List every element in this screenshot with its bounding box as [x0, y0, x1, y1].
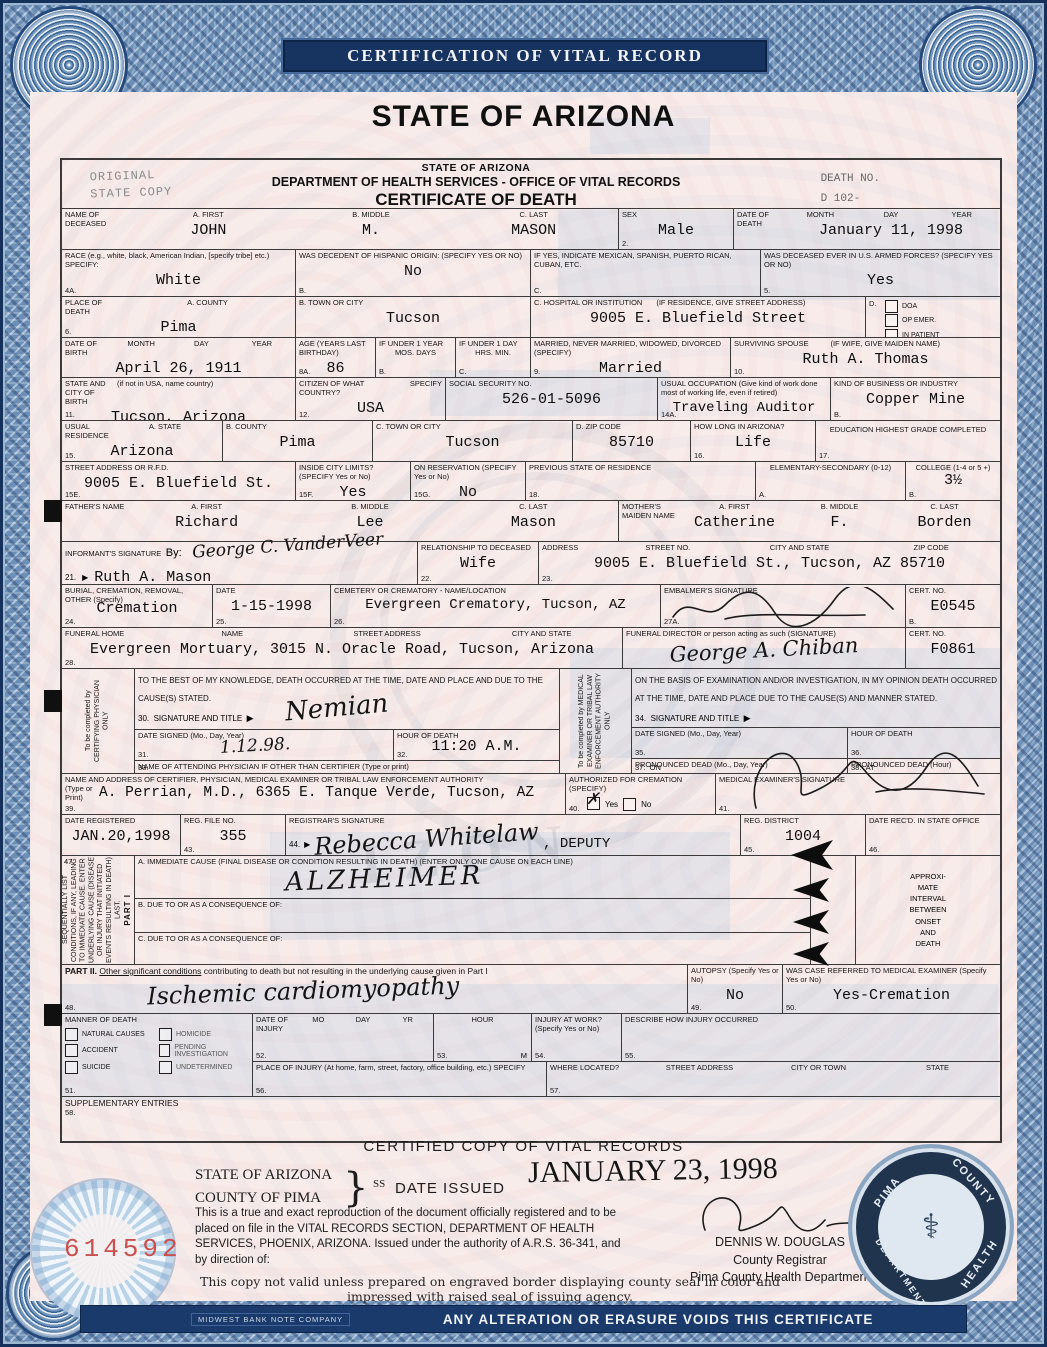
race-value: White — [65, 272, 292, 289]
field-sex: SEX Male 2. — [618, 209, 733, 249]
certifier-label: NAME AND ADDRESS OF CERTIFIER, PHYSICIAN… — [65, 775, 562, 784]
dod-label: DATE OF DEATH — [737, 210, 785, 239]
manner-num: 51. — [65, 1086, 75, 1095]
residence-county-label: B. COUNTY — [226, 422, 369, 431]
spouse-label: SURVIVING SPOUSE — [734, 339, 808, 348]
certify-right-statement: ON THE BASIS OF EXAMINATION AND/OR INVES… — [635, 676, 997, 703]
field-doa-checkboxes: D. DOA OP EMER. IN PATIENT — [865, 297, 1000, 337]
field-embalmer-cert-no: CERT. NO. E0545 B. — [905, 585, 1000, 627]
death-no-label: DEATH NO. — [821, 170, 880, 190]
ssn-label: SOCIAL SECURITY NO. — [449, 379, 654, 388]
dob-month: MONTH — [111, 339, 171, 348]
date-received-label: DATE REC'D. IN STATE OFFICE — [869, 816, 997, 825]
sub-day: DAY — [856, 210, 927, 219]
field-date-received: DATE REC'D. IN STATE OFFICE 46. — [865, 815, 1000, 855]
field-under-1-year: IF UNDER 1 YEAR MOS. DAYS B. — [375, 338, 455, 377]
hispanic-num: B. — [299, 286, 306, 295]
yes-x-mark: ✗ — [586, 789, 599, 808]
certificate-body: IZON STATE OF ARIZONA ORIGINAL STATE COP… — [30, 92, 1017, 1301]
county-sub: A. COUNTY — [123, 298, 292, 316]
field-elementary: ELEMENTARY-SECONDARY (0-12) A. — [755, 462, 905, 500]
row-address: STREET ADDRESS OR R.F.D. 9005 E. Bluefie… — [62, 461, 1000, 500]
field-birthplace: STATE AND CITY OF BIRTH(if not in USA, n… — [62, 378, 295, 420]
hour-of-death-num: 32. — [397, 750, 407, 759]
armed-label: WAS DECEASED EVER IN U.S. ARMED FORCES? … — [764, 251, 997, 269]
row-certification: To be completed by CERTIFYING PHYSICIAN … — [62, 668, 1000, 773]
sub-year: YEAR — [926, 210, 997, 219]
u1d-label: IF UNDER 1 DAY — [459, 339, 527, 348]
autopsy-label: AUTOPSY (Specify Yes or No) — [691, 966, 779, 984]
disposition-date-value: 1-15-1998 — [216, 598, 327, 615]
pron-hour-num-text: 38. — [851, 763, 861, 772]
district-value: 1004 — [744, 828, 862, 845]
doa-label: DOA — [902, 303, 917, 310]
natural-causes-label: NATURAL CAUSES — [82, 1031, 145, 1038]
registration-tab — [44, 1004, 62, 1026]
field-supplementary: SUPPLEMENTARY ENTRIES 58. — [62, 1097, 1000, 1141]
relationship-value: Wife — [421, 555, 535, 572]
certifier-num: 39. — [65, 804, 75, 813]
field-relationship: RELATIONSHIP TO DECEASED Wife 22. — [417, 542, 538, 584]
county-seal: PIMA COUNTY HEALTH DEPARTMENT ⚕ — [852, 1148, 1010, 1306]
residence-town-value: Tucson — [376, 434, 569, 451]
row-informant: INFORMANT'S SIGNATURE By: George C. Vand… — [62, 541, 1000, 584]
field-disposition-date: DATE 1-15-1998 25. — [212, 585, 330, 627]
marital-label: MARRIED, NEVER MARRIED, WIDOWED, DIVORCE… — [534, 339, 727, 357]
field-race: RACE (e.g., white, black, American India… — [62, 250, 295, 296]
father-sub-first: A. FIRST — [125, 502, 288, 511]
supplementary-num: 58. — [65, 1108, 997, 1117]
hispanic-value: No — [299, 263, 527, 280]
bottom-banner: MIDWEST BANK NOTE COMPANY ANY ALTERATION… — [80, 1305, 967, 1333]
cremation-auth-num: 40. — [569, 804, 579, 813]
manner-label: MANNER OF DEATH — [65, 1015, 249, 1024]
birthplace-value: Tucson, Arizona — [65, 409, 292, 420]
u1y-num: B. — [379, 367, 386, 376]
loc-state: STATE — [878, 1063, 997, 1072]
embalmer-cert-num: B. — [909, 617, 916, 626]
field-marital-status: MARRIED, NEVER MARRIED, WIDOWED, DIVORCE… — [530, 338, 730, 377]
field-where-located: WHERE LOCATED?STREET ADDRESSCITY OR TOWN… — [546, 1062, 1000, 1096]
interval-label-column: APPROXI- MATE INTERVAL BETWEEN ONSET AND… — [855, 856, 1000, 964]
spouse-value: Ruth A. Thomas — [734, 351, 997, 368]
death-no-value: D 102- — [821, 190, 880, 210]
doa-checkbox — [885, 300, 898, 313]
field-education: EDUCATION HIGHEST GRADE COMPLETED 17. — [815, 421, 1000, 461]
suicide-label: SUICIDE — [82, 1064, 110, 1071]
pronounced-date-label: PRONOUNCED DEAD (Mo., Day, Year) — [635, 760, 844, 769]
field-crematory: CEMETERY OR CREMATORY - NAME/LOCATION Ev… — [330, 585, 660, 627]
zip-value: 85710 — [576, 434, 687, 451]
top-ribbon-text: CERTIFICATION OF VITAL RECORD — [347, 46, 703, 66]
field-embalmer-signature: EMBALMER'S SIGNATURE 27A. — [660, 585, 905, 627]
address-num: 23. — [542, 574, 552, 583]
sex-label: SEX — [622, 210, 730, 219]
field-armed-forces: WAS DECEASED EVER IN U.S. ARMED FORCES? … — [760, 250, 1000, 296]
address-sub-street: STREET NO. — [602, 543, 734, 552]
father-sub-middle: B. MIDDLE — [288, 502, 451, 511]
embalmer-label: EMBALMER'S SIGNATURE — [664, 586, 902, 595]
suicide-checkbox — [65, 1061, 78, 1074]
pod-label: PLACE OF DEATH — [65, 298, 123, 316]
field-date-of-injury: DATE OF INJURY MODAYYR 52. — [253, 1014, 433, 1061]
part2-num: 48. — [65, 1003, 75, 1012]
row-race: RACE (e.g., white, black, American India… — [62, 249, 1000, 296]
street-label: STREET ADDRESS OR R.F.D. — [65, 463, 292, 472]
field-date-of-death: DATE OF DEATH MONTHDAYYEAR January 11, 1… — [733, 209, 1000, 249]
father-middle: Lee — [288, 514, 451, 531]
informant-by: By: — [166, 547, 182, 559]
field-ssn: SOCIAL SECURITY NO. 526-01-5096 — [445, 378, 657, 420]
field-describe-injury: DESCRIBE HOW INJURY OCCURRED 55. — [621, 1014, 1000, 1061]
district-label: REG. DISTRICT — [744, 816, 862, 825]
me-sig-num: 34. — [635, 714, 646, 723]
fh-sub-name: NAME — [155, 629, 310, 638]
registration-tab — [44, 690, 62, 712]
field-zip: D. ZIP CODE 85710 — [572, 421, 690, 461]
injury-top-row: DATE OF INJURY MODAYYR 52. HOUR 53. M IN… — [253, 1014, 1000, 1061]
field-death-town: B. TOWN OR CITY Tucson — [295, 297, 530, 337]
first-name-value: JOHN — [127, 222, 290, 239]
certifying-sidebar-text: To be completed by CERTIFYING PHYSICIAN … — [85, 670, 111, 772]
fh-sub-city: CITY AND STATE — [464, 629, 619, 638]
residence-town-label: C. TOWN OR CITY — [376, 422, 569, 431]
street-num: 15E. — [65, 490, 80, 499]
field-referred-to-me: WAS CASE REFERRED TO MEDICAL EXAMINER (S… — [782, 965, 1000, 1013]
field-residence-county: B. COUNTY Pima — [222, 421, 372, 461]
embalmer-cert-label: CERT. NO. — [909, 586, 997, 595]
crematory-label: CEMETERY OR CREMATORY - NAME/LOCATION — [334, 586, 657, 595]
row-birth: DATE OF BIRTH MONTHDAYYEAR April 26, 191… — [62, 337, 1000, 377]
death-no-block: DEATH NO. D 102- — [821, 170, 880, 210]
certified-copy-title: CERTIFIED COPY OF VITAL RECORDS — [30, 1138, 1017, 1155]
mother-label: MOTHER'S MAIDEN NAME — [622, 502, 682, 531]
armed-value: Yes — [764, 272, 997, 289]
director-cert-label: CERT. NO. — [909, 629, 997, 638]
file-no-label: REG. FILE NO. — [184, 816, 282, 825]
sig-arrow-icon: ▶ — [247, 713, 254, 723]
undetermined-checkbox — [159, 1061, 172, 1074]
field-injury-hour: HOUR 53. M — [433, 1014, 531, 1061]
limits-value: Yes — [299, 484, 407, 500]
previous-num: 18. — [529, 490, 539, 499]
field-street-address: STREET ADDRESS OR R.F.D. 9005 E. Bluefie… — [62, 462, 295, 500]
registration-tab — [44, 500, 62, 522]
hospital-sub: (IF RESIDENCE, GIVE STREET ADDRESS) — [656, 298, 805, 307]
in-patient-label: IN PATIENT — [902, 332, 939, 338]
u1y-label: IF UNDER 1 YEAR — [379, 339, 452, 348]
sub-middle: B. MIDDLE — [290, 210, 453, 219]
form-header-center: STATE OF ARIZONA DEPARTMENT OF HEALTH SE… — [232, 162, 720, 210]
last-name-value: MASON — [452, 222, 615, 239]
date-registered-value: JAN.20,1998 — [65, 828, 177, 845]
spouse-sub: (IF WIFE, GIVE MAIDEN NAME) — [830, 339, 940, 348]
sub-month: MONTH — [785, 210, 856, 219]
hospital-label: C. HOSPITAL OR INSTITUTION — [534, 298, 642, 307]
injury-mo: MO — [296, 1015, 341, 1033]
d-label: D. — [869, 299, 877, 308]
header-cert-title: CERTIFICATE OF DEATH — [232, 190, 720, 210]
op-emer-checkbox — [885, 314, 898, 327]
row-funeral-home: FUNERAL HOMENAMESTREET ADDRESSCITY AND S… — [62, 627, 1000, 668]
sig-title-label: SIGNATURE AND TITLE — [154, 714, 243, 723]
registrar-arrow-icon: ▶ — [304, 840, 310, 849]
row-part2: PART II. Other significant conditions co… — [62, 964, 1000, 1013]
citizen-num: 12. — [299, 410, 309, 419]
informant-arrow-icon: ▶ — [82, 573, 88, 582]
row-supplementary: SUPPLEMENTARY ENTRIES 58. — [62, 1096, 1000, 1141]
attending-physician-num: 33. — [138, 763, 148, 772]
medical-examiner-block: ON THE BASIS OF EXAMINATION AND/OR INVES… — [631, 669, 1000, 773]
cremation-no-label: No — [641, 800, 651, 809]
relationship-label: RELATIONSHIP TO DECEASED — [421, 543, 535, 552]
funeral-home-num: 28. — [65, 658, 75, 667]
original-copy-stamp: ORIGINAL STATE COPY — [89, 167, 172, 203]
street-value: 9005 E. Bluefield St. — [65, 475, 292, 492]
immediate-cause-hand: ALZHEIMER — [285, 861, 484, 898]
row-certifier: NAME AND ADDRESS OF CERTIFIER, PHYSICIAN… — [62, 773, 1000, 814]
mexican-num: C. — [534, 286, 542, 295]
pronounced-date-num: 37. ON — [635, 763, 661, 772]
field-mexican-indicate: IF YES, INDICATE MEXICAN, SPANISH, PUERT… — [530, 250, 760, 296]
accident-checkbox — [65, 1044, 78, 1057]
loc-street: STREET ADDRESS — [640, 1063, 759, 1072]
spouse-num: 10. — [734, 367, 744, 376]
field-age: AGE (YEARS LAST BIRTHDAY) 86 8A. — [295, 338, 375, 377]
residence-num: 15. — [65, 451, 75, 460]
accident-label: ACCIDENT — [82, 1047, 118, 1054]
referred-value: Yes-Cremation — [786, 987, 997, 1004]
field-industry: KIND OF BUSINESS OR INDUSTRY Copper Mine… — [830, 378, 1000, 420]
hour-of-death-value: 11:20 A.M. — [397, 738, 556, 755]
row-cause-of-death: 47. SEQUENTIALLY LIST CONDITIONS, IF ANY… — [62, 855, 1000, 964]
injury-hour-num: 53. — [437, 1051, 447, 1060]
informant-value: Ruth A. Mason — [94, 569, 211, 586]
autopsy-num: 49. — [691, 1003, 701, 1012]
describe-injury-label: DESCRIBE HOW INJURY OCCURRED — [625, 1015, 997, 1024]
field-occupation: USUAL OCCUPATION (Give kind of work done… — [657, 378, 830, 420]
referred-num: 50. — [786, 1003, 796, 1012]
natural-causes-checkbox — [65, 1028, 78, 1041]
field-previous-state: PREVIOUS STATE OF RESIDENCE 18. — [525, 462, 755, 500]
field-cremation-authorization: AUTHORIZED FOR CREMATION (SPECIFY) ✗ Yes… — [565, 774, 715, 814]
zip-label: D. ZIP CODE — [576, 422, 687, 431]
field-residence-state: USUAL RESIDENCEA. STATE Arizona 15. — [62, 421, 222, 461]
op-emer-label: OP EMER. — [902, 317, 936, 324]
address-label: ADDRESS — [542, 543, 602, 552]
occupation-value: Traveling Auditor — [661, 400, 827, 416]
pronounced-hour-num: 38. AT — [851, 763, 875, 772]
stamp-line2: STATE COPY — [90, 183, 173, 203]
alteration-warning: ANY ALTERATION OR ERASURE VOIDS THIS CER… — [350, 1312, 966, 1327]
certifying-physician-sidebar: To be completed by CERTIFYING PHYSICIAN … — [62, 669, 134, 773]
interval-entry-column — [810, 856, 855, 964]
sig-title-num: 30. — [138, 714, 149, 723]
mother-sub-middle: B. MIDDLE — [787, 502, 892, 511]
date-issued-label: DATE ISSUED — [395, 1180, 505, 1197]
industry-value: Copper Mine — [834, 391, 997, 408]
field-funeral-director-signature: FUNERAL DIRECTOR or person acting as suc… — [622, 628, 905, 668]
college-value: 3½ — [909, 472, 997, 489]
sex-num: 2. — [622, 239, 628, 248]
field-college: COLLEGE (1-4 or 5 +) 3½ B. — [905, 462, 1000, 500]
name-label: NAME OF DECEASED — [65, 210, 127, 239]
disposition-date-label: DATE — [216, 586, 327, 595]
validity-note: This copy not valid unless prepared on e… — [190, 1274, 790, 1304]
describe-injury-num: 55. — [625, 1051, 635, 1060]
field-date-registered: DATE REGISTERED JAN.20,1998 — [62, 815, 180, 855]
field-date-of-birth: DATE OF BIRTH MONTHDAYYEAR April 26, 191… — [62, 338, 295, 377]
where-located-num: 57. — [550, 1086, 560, 1095]
mother-first: Catherine — [682, 514, 787, 531]
sub-first: A. FIRST — [127, 210, 290, 219]
due-to-b-label: B. DUE TO OR AS A CONSEQUENCE OF: — [138, 900, 807, 909]
informant-label: INFORMANT'S SIGNATURE — [65, 549, 161, 558]
field-reg-file-no: REG. FILE NO. 355 43. — [180, 815, 285, 855]
page-title: STATE OF ARIZONA — [30, 100, 1017, 134]
field-certifier-name-address: NAME AND ADDRESS OF CERTIFIER, PHYSICIAN… — [62, 774, 565, 814]
state-county-block: STATE OF ARIZONA COUNTY OF PIMA } SS — [195, 1164, 332, 1209]
residence-county-value: Pima — [226, 434, 369, 451]
cremation-no-checkbox — [623, 798, 636, 811]
college-num: B. — [909, 490, 916, 499]
where-located-label: WHERE LOCATED? — [550, 1063, 640, 1072]
part2-underline: Other significant conditions — [99, 966, 201, 976]
header-dept: DEPARTMENT OF HEALTH SERVICES - OFFICE O… — [232, 175, 720, 189]
field-place-of-injury: PLACE OF INJURY (At home, farm, street, … — [253, 1062, 546, 1096]
me-signature-num: 41. — [719, 804, 729, 813]
ssn-value: 526-01-5096 — [449, 391, 654, 408]
file-no-value: 355 — [184, 828, 282, 845]
due-to-c-label: C. DUE TO OR AS A CONSEQUENCE OF: — [138, 934, 807, 943]
disposition-num: 24. — [65, 617, 75, 626]
father-first: Richard — [125, 514, 288, 531]
embalmer-num: 27A. — [664, 617, 679, 626]
seal-inner-art: ⚕ — [878, 1174, 984, 1280]
mexican-label: IF YES, INDICATE MEXICAN, SPANISH, PUERT… — [534, 251, 757, 269]
row-name: NAME OF DECEASED A. FIRSTB. MIDDLEC. LAS… — [62, 208, 1000, 249]
field-death-county: PLACE OF DEATHA. COUNTY Pima 6. — [62, 297, 295, 337]
ss-label: SS — [373, 1176, 385, 1193]
field-surviving-spouse: SURVIVING SPOUSE(IF WIFE, GIVE MAIDEN NA… — [730, 338, 1000, 377]
registrar-signature-scrawl — [685, 1182, 865, 1242]
form-header: ORIGINAL STATE COPY STATE OF ARIZONA DEP… — [62, 160, 1000, 208]
row-parents: FATHER'S NAME A. FIRSTB. MIDDLEC. LAST R… — [62, 500, 1000, 541]
middle-name-value: M. — [290, 222, 453, 239]
attending-physician-label: NAME OF ATTENDING PHYSICIAN IF OTHER THA… — [138, 762, 556, 771]
certificate-form: ORIGINAL STATE COPY STATE OF ARIZONA DEP… — [60, 158, 1002, 1143]
residence-label: USUAL RESIDENCE — [65, 422, 111, 440]
cause-sidebar-text: SEQUENTIALLY LIST CONDITIONS, IF ANY, LE… — [62, 856, 123, 964]
injury-day: DAY — [341, 1015, 386, 1033]
education-label: EDUCATION HIGHEST GRADE COMPLETED — [819, 425, 997, 434]
reservation-label: ON RESERVATION (SPECIFY Yes or No) — [414, 463, 522, 481]
sub-last: C. LAST — [452, 210, 615, 219]
dob-label: DATE OF BIRTH — [65, 339, 111, 357]
mother-last: Borden — [892, 514, 997, 531]
registrar-deputy: , DEPUTY — [543, 836, 610, 852]
injury-date-num: 52. — [256, 1051, 266, 1060]
medical-examiner-sidebar: To be completed by MEDICAL EXAMINER OR T… — [559, 669, 631, 773]
state-sub: A. STATE — [111, 422, 219, 440]
undetermined-label: UNDETERMINED — [176, 1064, 232, 1071]
field-disposition: BURIAL, CREMATION, REMOVAL, OTHER (Speci… — [62, 585, 212, 627]
place-injury-label: PLACE OF INJURY (At home, farm, street, … — [256, 1063, 543, 1072]
row-residence: USUAL RESIDENCEA. STATE Arizona 15. B. C… — [62, 420, 1000, 461]
citizen-value: USA — [299, 400, 442, 417]
referred-label: WAS CASE REFERRED TO MEDICAL EXAMINER (S… — [786, 966, 997, 984]
limits-num: 15F. — [299, 490, 313, 499]
residence-state-value: Arizona — [65, 443, 219, 460]
certifier-sub: (Type or Print) — [65, 784, 99, 802]
field-how-long: HOW LONG IN ARIZONA? Life 16. — [690, 421, 815, 461]
industry-label: KIND OF BUSINESS OR INDUSTRY — [834, 379, 997, 388]
race-num: 4A. — [65, 286, 76, 295]
mother-middle: F. — [787, 514, 892, 531]
field-injury-at-work: INJURY AT WORK? (Specify Yes or No) 54. — [531, 1014, 621, 1061]
father-last: Mason — [452, 514, 615, 531]
field-citizen: CITIZEN OF WHAT COUNTRY?SPECIFY USA 12. — [295, 378, 445, 420]
armed-num: 5. — [764, 286, 770, 295]
previous-label: PREVIOUS STATE OF RESIDENCE — [529, 463, 752, 472]
education-num: 17. — [819, 451, 829, 460]
citizen-label: CITIZEN OF WHAT COUNTRY? — [299, 379, 402, 397]
marital-value: Married — [534, 360, 727, 377]
pending-checkbox — [159, 1044, 170, 1057]
homicide-checkbox — [159, 1028, 172, 1041]
date-signed-num: 31. — [138, 750, 148, 759]
certifying-physician-block: TO THE BEST OF MY KNOWLEDGE, DEATH OCCUR… — [134, 669, 559, 773]
how-long-value: Life — [694, 434, 812, 451]
row-place-of-death: PLACE OF DEATHA. COUNTY Pima 6. B. TOWN … — [62, 296, 1000, 337]
top-ribbon: CERTIFICATION OF VITAL RECORD — [283, 40, 767, 72]
dob-year: YEAR — [232, 339, 292, 348]
homicide-label: HOMICIDE — [176, 1031, 211, 1038]
field-name-of-deceased: NAME OF DECEASED A. FIRSTB. MIDDLEC. LAS… — [62, 209, 618, 249]
field-autopsy: AUTOPSY (Specify Yes or No) No 49. — [687, 965, 782, 1013]
me-hour-label: HOUR OF DEATH — [851, 729, 997, 738]
field-part2-conditions: PART II. Other significant conditions co… — [62, 965, 687, 1013]
father-label: FATHER'S NAME — [65, 502, 125, 531]
field-manner-of-death: MANNER OF DEATH NATURAL CAUSES HOMICIDE … — [62, 1014, 252, 1096]
supplementary-label: SUPPLEMENTARY ENTRIES — [65, 1098, 997, 1108]
marital-num: 9. — [534, 367, 540, 376]
row-origin: STATE AND CITY OF BIRTH(if not in USA, n… — [62, 377, 1000, 420]
loc-city: CITY OR TOWN — [759, 1063, 878, 1072]
cremation-yes-checkbox: ✗ — [587, 795, 600, 813]
embalmer-cert-value: E0545 — [909, 598, 997, 615]
sex-value: Male — [622, 222, 730, 239]
interval-label: APPROXI- MATE INTERVAL BETWEEN ONSET AND… — [909, 871, 946, 950]
field-under-1-day: IF UNDER 1 DAY HRS. MIN. C. — [455, 338, 530, 377]
u1d-sub: HRS. MIN. — [459, 348, 527, 357]
elementary-num: A. — [759, 490, 766, 499]
field-residence-town: C. TOWN OR CITY Tucson — [372, 421, 572, 461]
pron-on-text: ON — [650, 763, 661, 772]
limits-label: INSIDE CITY LIMITS? (SPECIFY Yes or No) — [299, 463, 407, 481]
me-date-signed-num: 35. — [635, 748, 645, 757]
part2-hand: Ischemic cardiomyopathy — [147, 972, 460, 1011]
cause-lines: A. IMMEDIATE CAUSE (FINAL DISEASE OR CON… — [134, 856, 810, 964]
town-label: B. TOWN OR CITY — [299, 298, 527, 307]
date-signed-hand: 1.12.98. — [220, 734, 291, 758]
reservation-num: 15G. — [414, 490, 430, 499]
reproduction-paragraph: This is a true and exact reproduction of… — [195, 1206, 633, 1268]
death-certificate-scan: { "glyphs": { "arrow": "▶", "x_mark": "✗… — [0, 0, 1047, 1347]
race-label: RACE (e.g., white, black, American India… — [65, 251, 292, 269]
field-reservation: ON RESERVATION (SPECIFY Yes or No) No 15… — [410, 462, 525, 500]
medical-examiner-sidebar-text: To be completed by MEDICAL EXAMINER OR T… — [578, 670, 613, 772]
